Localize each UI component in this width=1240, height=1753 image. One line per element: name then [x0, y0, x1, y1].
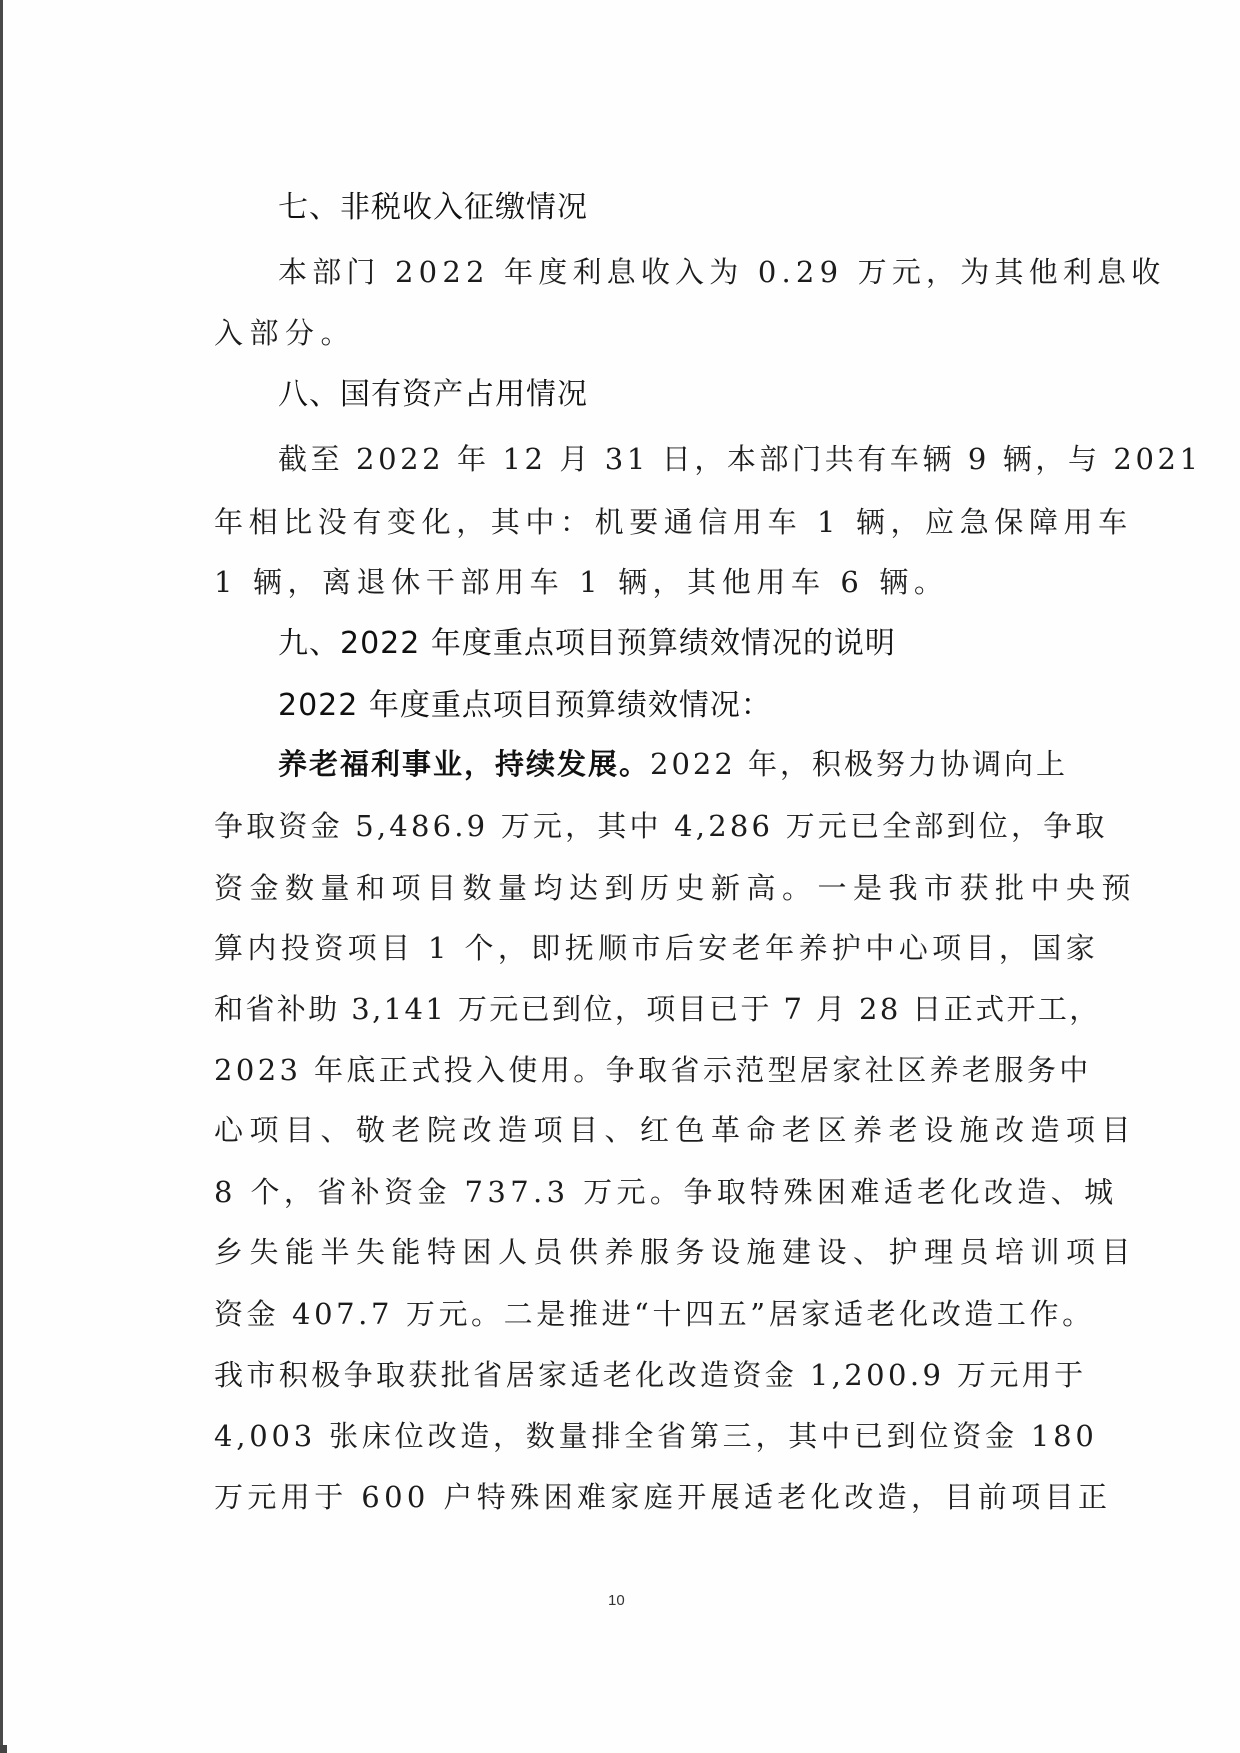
paragraph-line: 2023 年底正式投入使用。争取省示范型居家社区养老服务中 — [214, 1050, 1092, 1090]
paragraph-line: 乡失能半失能特困人员供养服务设施建设、护理员培训项目 — [214, 1232, 1137, 1272]
paragraph-line-first: 养老福利事业，持续发展。2022 年，积极努力协调向上 — [278, 744, 1068, 784]
paragraph-line: 资金数量和项目数量均达到历史新高。一是我市获批中央预 — [214, 868, 1137, 908]
paragraph-line: 我市积极争取获批省居家适老化改造资金 1,200.9 万元用于 — [214, 1355, 1087, 1395]
paragraph-line: 本部门 2022 年度利息收入为 0.29 万元，为其他利息收 — [278, 252, 1165, 292]
paragraph-line: 心项目、敬老院改造项目、红色革命老区养老设施改造项目 — [214, 1110, 1137, 1150]
paragraph-line: 资金 407.7 万元。二是推进“十四五”居家适老化改造工作。 — [214, 1294, 1095, 1334]
paragraph-line: 入部分。 — [214, 313, 356, 353]
page-number: 10 — [608, 1592, 625, 1609]
section-heading-8: 八、国有资产占用情况 — [278, 375, 588, 415]
paragraph-line: 4,003 张床位改造，数量排全省第三，其中已到位资金 180 — [214, 1416, 1098, 1456]
paragraph-line: 截至 2022 年 12 月 31 日，本部门共有车辆 9 辆，与 2021 — [278, 439, 1202, 479]
scan-corner-mark — [0, 1745, 7, 1753]
paragraph-line: 争取资金 5,486.9 万元，其中 4,286 万元已全部到位，争取 — [214, 806, 1108, 846]
section-heading-9: 九、2022 年度重点项目预算绩效情况的说明 — [278, 624, 896, 664]
section-subheading: 2022 年度重点项目预算绩效情况： — [278, 686, 772, 726]
paragraph-line: 万元用于 600 户特殊困难家庭开展适老化改造，目前项目正 — [214, 1477, 1111, 1517]
paragraph-line: 和省补助 3,141 万元已到位，项目已于 7 月 28 日正式开工， — [214, 989, 1101, 1029]
scan-edge — [0, 0, 3, 1753]
paragraph-line: 1 辆，离退休干部用车 1 辆，其他用车 6 辆。 — [214, 562, 948, 602]
paragraph-line: 8 个，省补资金 737.3 万元。争取特殊困难适老化改造、城 — [214, 1172, 1118, 1212]
section-heading-7: 七、非税收入征缴情况 — [278, 188, 588, 228]
paragraph-line: 年相比没有变化，其中：机要通信用车 1 辆，应急保障用车 — [214, 502, 1133, 542]
paragraph-text: 2022 年，积极努力协调向上 — [650, 747, 1068, 781]
document-page: 七、非税收入征缴情况 本部门 2022 年度利息收入为 0.29 万元，为其他利… — [0, 0, 1240, 1753]
paragraph-line: 算内投资项目 1 个，即抚顺市后安老年养护中心项目，国家 — [214, 928, 1099, 968]
bold-lead-text: 养老福利事业，持续发展。 — [278, 747, 650, 781]
